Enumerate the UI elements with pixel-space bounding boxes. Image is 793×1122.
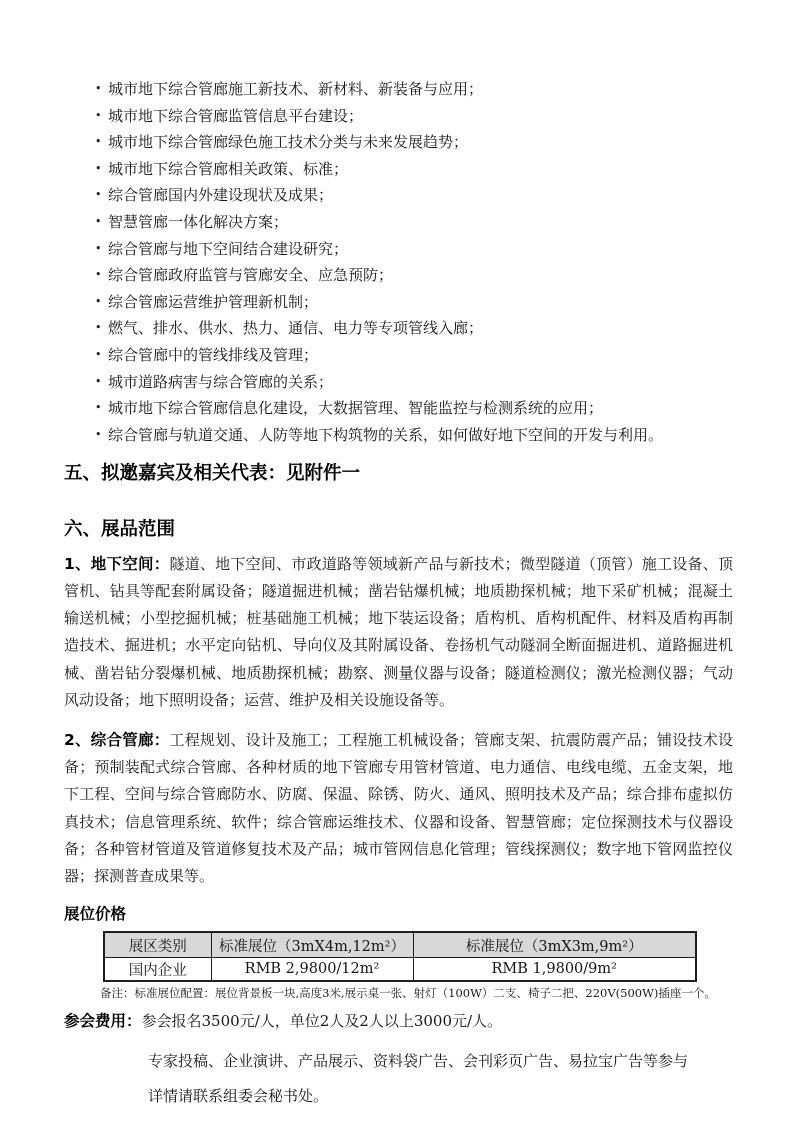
exhibit-item-1-label: 1、地下空间： [64,555,169,573]
price-table-header-row: 展区类别 标准展位（3mX4m,12m²） 标准展位（3mX3m,9m²） [104,932,696,958]
section-6-heading: 六、展品范围 [64,519,733,541]
topic-bullet: 城市地下综合管廊绿色施工技术分类与未来发展趋势； [95,129,733,156]
exhibit-item-2-text: 工程规划、设计及施工；工程施工机械设备；管廊支架、抗震防震产品；铺设技术设备；预… [64,731,733,885]
exhibit-item-1-text: 隧道、地下空间、市政道路等领域新产品与新技术；微型隧道（顶管）施工设备、顶管机、… [64,555,733,709]
price-header-standard-12: 标准展位（3mX4m,12m²） [211,932,413,958]
document-page: 城市地下综合管廊施工新技术、新材料、新装备与应用； 城市地下综合管廊监管信息平台… [0,0,793,1122]
topic-bullet: 城市地下综合管廊信息化建设，大数据管理、智能监控与检测系统的应用； [95,395,733,422]
topic-bullet: 城市道路病害与综合管廊的关系； [95,369,733,396]
topic-bullet: 燃气、排水、供水、热力、通信、电力等专项管线入廊； [95,315,733,342]
fee-line: 参会费用：参会报名3500元/人，单位2人及2人以上3000元/人。 [64,1008,733,1035]
fee-label: 参会费用： [64,1012,142,1030]
exhibit-item-2-label: 2、综合管廊： [64,731,169,749]
price-header-category: 展区类别 [104,932,211,958]
topic-bullet: 综合管廊政府监管与管廊安全、应急预防； [95,262,733,289]
topic-bullet: 综合管廊与轨道交通、人防等地下构筑物的关系，如何做好地下空间的开发与利用。 [95,422,733,449]
price-cell-9sqm: RMB 1,9800/9m² [413,958,696,982]
booth-config-note: 备注：标准展位配置：展位背景板一块,高度3米,展示桌一张、射灯（100W）二支、… [100,986,733,1001]
topic-bullet: 综合管廊国内外建设现状及成果； [95,182,733,209]
topic-bullet: 综合管廊中的管线排线及管理； [95,342,733,369]
fee-extra-line-2: 详情请联系组委会秘书处。 [148,1087,733,1105]
price-cell-12sqm: RMB 2,9800/12m² [211,958,413,982]
topic-bullet: 城市地下综合管廊相关政策、标准； [95,156,733,183]
fee-text: 参会报名3500元/人，单位2人及2人以上3000元/人。 [142,1012,503,1030]
exhibit-scope-item-1: 1、地下空间：隧道、地下空间、市政道路等领域新产品与新技术；微型隧道（顶管）施工… [64,551,733,714]
booth-price-heading: 展位价格 [64,902,733,924]
topic-bullet: 综合管廊与地下空间结合建设研究； [95,236,733,263]
topics-list: 城市地下综合管廊施工新技术、新材料、新装备与应用； 城市地下综合管廊监管信息平台… [64,76,733,448]
topic-bullet: 城市地下综合管廊施工新技术、新材料、新装备与应用； [95,76,733,103]
price-table-row: 国内企业 RMB 2,9800/12m² RMB 1,9800/9m² [104,958,696,982]
topic-bullet: 智慧管廊一体化解决方案； [95,209,733,236]
section-5-heading: 五、拟邀嘉宾及相关代表：见附件一 [64,463,733,485]
price-header-standard-9: 标准展位（3mX3m,9m²） [413,932,696,958]
topic-bullet: 综合管廊运营维护管理新机制； [95,289,733,316]
price-cell-category: 国内企业 [104,958,211,982]
topic-bullet: 城市地下综合管廊监管信息平台建设； [95,103,733,130]
exhibit-scope-item-2: 2、综合管廊：工程规划、设计及施工；工程施工机械设备；管廊支架、抗震防震产品；铺… [64,727,733,890]
fee-extra-line-1: 专家投稿、企业演讲、产品展示、资料袋广告、会刊彩页广告、易拉宝广告等参与 [148,1052,733,1070]
price-table: 展区类别 标准展位（3mX4m,12m²） 标准展位（3mX3m,9m²） 国内… [103,931,697,982]
fees-block: 参会费用：参会报名3500元/人，单位2人及2人以上3000元/人。 专家投稿、… [64,1008,733,1105]
